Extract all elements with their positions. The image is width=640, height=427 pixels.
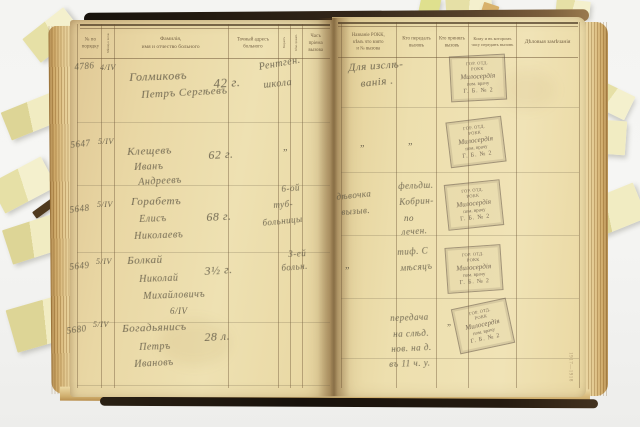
row-line [341,235,579,236]
entry-number: 5649 [69,260,90,272]
entry-relay: лечен. [401,225,428,237]
header-text: часу переданъ вызовъ [471,42,513,48]
header-rokk-column: Названіе РОКК,кѣмъ что взятои № вызова [341,26,396,58]
header-text: порядку [82,43,99,50]
entry-surname: Богадьянисъ [122,321,187,335]
hospital-stamp: ГОР. ОТД. РОККМилосердіяпом. врачуГ. Б. … [449,54,507,103]
entry-surname: Голмиковъ [129,68,187,85]
entry-number: 5647 [70,138,91,150]
header-text: Кто принялъ [439,35,465,42]
stamp-text: Г. Б. № 2 [457,277,492,287]
entry-given-name: Елисъ [139,213,167,225]
header-patient-name-column: Фамилія,имя и отчество больного [114,28,228,58]
hospital-stamp: ГОР. ОТД. РОККМилосердіяпом. врачуГ. Б. … [445,116,506,168]
header-date-column: Мѣсяцъ и число [101,26,114,60]
header-text: Часъ [308,33,323,40]
row-line [77,322,330,323]
entry-age: 3½ г. [204,262,233,279]
header-text: имя и отчество больного [142,43,200,51]
header-text: Кто передалъ [402,35,430,42]
table-line [114,24,115,388]
header-text: Фамилія, [142,35,200,43]
entry-relay: на слѣд. [393,328,429,339]
header-address-column: Точный адресъбольного [228,28,278,58]
hospital-stamp: ГОР. ОТД. РОККМилосердіяпом. врачуГ. Б. … [444,179,505,231]
entry-note: туб- [273,199,293,210]
header-text: вызовъ [402,42,430,49]
entry-given-name: Николай [139,273,179,285]
entry-date: 5/IV [96,257,112,266]
header-relayed-by-column: Кто передалъвызовъ [396,26,436,58]
entry-relay: въ 11 ч. у. [389,358,431,369]
entry-relay: Кобрин- [399,195,434,207]
row-line [341,107,579,108]
fore-edge-year-label: 1917—1918 [568,352,574,382]
entry-age: 42 г. [213,74,241,92]
header-age-column: Возрастъ [278,26,290,60]
entry-date: 5/IV [93,320,109,329]
header-number-column: № попорядку [80,28,101,58]
entry-relay: нов. на д. [391,342,432,354]
entry-caller: вызыв. [341,205,370,217]
header-text: вызовъ [439,42,465,49]
header-text: Мѣсяцъ и число [106,33,109,53]
book-cover-bottom-edge [100,397,598,409]
entry-age: 68 г. [206,209,232,225]
row-line [341,172,579,173]
entry-date: 4/IV [100,63,116,72]
entry-patronymic: Ивановъ [134,357,174,370]
header-text: Кѣмъ принятъ [295,35,298,52]
row-line [341,298,579,299]
table-line [338,22,578,24]
stamp-text: Г. Б. № 2 [461,86,496,95]
header-text: Возрастъ [282,37,285,48]
header-text: больного [237,43,269,50]
header-text: пріема [308,40,323,47]
header-accepted-by-column: Кто принялъвызовъ [436,26,468,58]
table-line [341,22,342,388]
entry-given-name: Иванъ [134,161,164,173]
table-line [516,22,517,388]
entry-date: 5/IV [98,137,114,146]
entry-date-extra: 6/IV [170,306,188,316]
table-line [436,22,437,388]
ditto-mark: „ [345,260,351,271]
entry-age: 28 л. [204,329,230,345]
entry-date: 5/IV [97,200,113,209]
ditto-mark: „ [360,138,366,149]
row-line [77,385,330,386]
header-text: кѣмъ что взято [352,39,385,46]
ditto-mark: „ [408,136,414,147]
row-line [77,122,330,123]
hospital-stamp: ГОР. ОТД. РОККМилосердіяпом. врачуГ. Б. … [444,244,503,294]
paper-stain [500,70,555,110]
entry-note: 6-ой [281,182,300,194]
entry-patronymic: Николаевъ [134,229,183,242]
entry-relay: фельдш. [398,180,434,191]
entry-note: 3-ей [288,248,306,259]
table-line [579,22,580,388]
entry-age: 62 г. [208,147,234,163]
entry-number: 4786 [74,60,95,72]
header-text: Названіе РОКК, [352,32,385,39]
entry-surname: Клещевъ [127,144,172,158]
header-call-hour-column: Часъпріемавызова [302,26,329,60]
header-text: Точный адресъ [237,36,269,43]
entry-surname: Болкай [127,254,163,267]
entry-relay: по [404,213,414,223]
ditto-mark: „ [447,317,453,327]
entry-given-name: Петръ [139,341,171,353]
header-text: № по [82,36,99,43]
entry-relay: передача [390,312,429,323]
entry-surname: Горабетъ [131,195,181,208]
table-line [302,24,303,388]
header-text: Дѣловыя замѣчанія [525,38,571,46]
ledger-photo: № попорядку Мѣсяцъ и число Фамилія,имя и… [0,0,640,427]
entry-patronymic: Андреевъ [138,175,182,188]
header-text: вызова [308,47,323,54]
row-line [341,358,579,359]
entry-relay: тиф. С [397,245,428,257]
entry-patronymic: Михайловичъ [143,289,205,302]
header-text: и № вызова [352,45,385,52]
header-remarks-column: Дѣловыя замѣчанія [516,26,579,58]
ditto-mark: „ [283,142,289,153]
